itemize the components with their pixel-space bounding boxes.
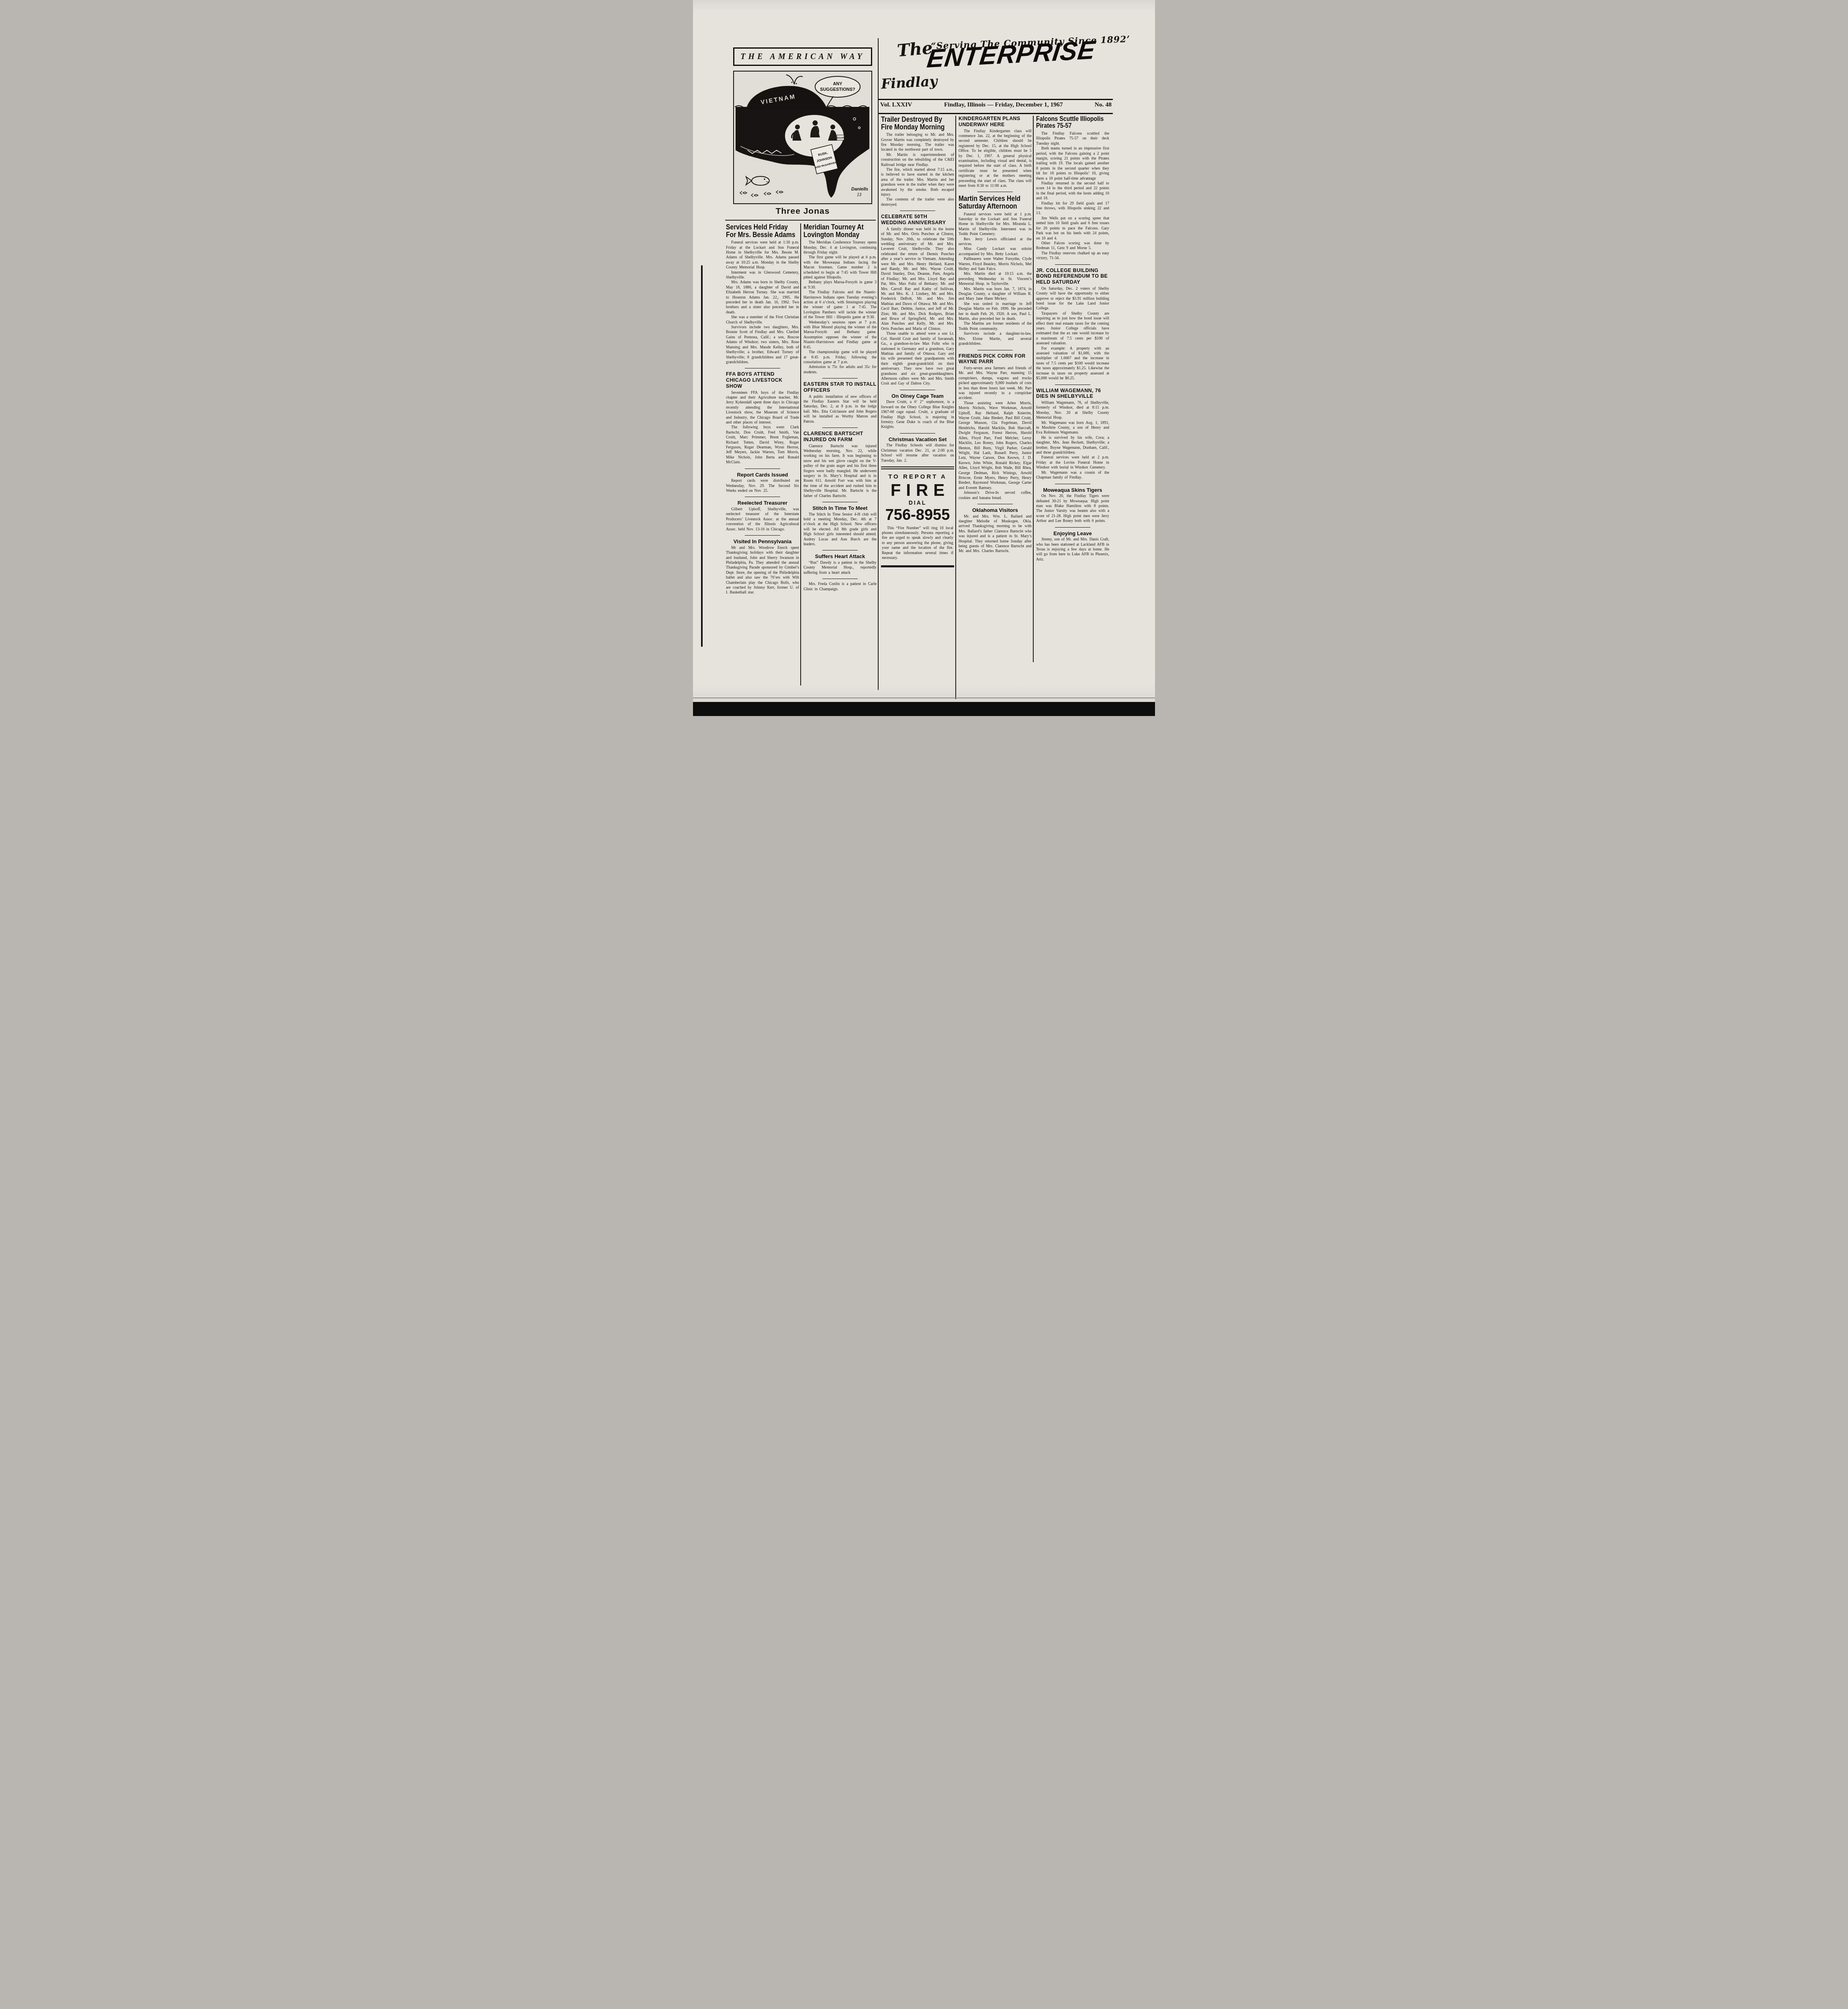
article-divider <box>1055 264 1090 265</box>
article-ffa-boys: FFA BOYS ATTEND CHICAGO LIVESTOCK SHOWSe… <box>726 371 799 465</box>
article-divider <box>1055 484 1090 484</box>
article-paragraph: Mr. and Mrs. Wm. L. Ballard and daughter… <box>959 514 1032 554</box>
article-paragraph: Funeral services were held at 1:30 p.m. … <box>726 240 799 270</box>
article-services-held-friday: Services Held Friday For Mrs. Bessie Ada… <box>726 223 799 365</box>
article-fire-number: TO REPORT AFIREDIAL756-8955This “Fire Nu… <box>881 466 954 567</box>
speech-bubble <box>815 76 860 97</box>
article-paragraph: Pallbearers were Walter Forsythe, Clyde … <box>959 257 1032 272</box>
article-paragraph: The Martins are former residents of the … <box>959 321 1032 331</box>
article-oklahoma-visitors: Oklahoma VisitorsMr. and Mrs. Wm. L. Bal… <box>959 507 1032 554</box>
article-headline: Moweaqua Skins Tigers <box>1036 487 1109 493</box>
column-3: Trailer Destroyed By Fire Monday Morning… <box>881 116 954 567</box>
article-headline: Visited In Pennsylvania <box>726 538 799 545</box>
article-paragraph: The Stitch In Time Senior 4-H club will … <box>803 512 877 547</box>
article-divider <box>745 535 780 536</box>
article-martin-services: Martin Services Held Saturday AfternoonF… <box>959 195 1032 346</box>
article-paragraph: She was united in marriage to Jeff Dougl… <box>959 302 1032 322</box>
article-trailer-destroyed: Trailer Destroyed By Fire Monday Morning… <box>881 116 954 207</box>
article-william-wagemann: WILLIAM WAGEMANN, 76 DIES IN SHELBYVILLE… <box>1036 388 1109 481</box>
article-paragraph: The fire, which started about 7:15 a.m.,… <box>881 168 954 197</box>
article-meridian-tourney: Meridian Tourney At Lovington MondayThe … <box>803 223 877 375</box>
article-paragraph: Bethany plays Maroa-Forsyth in game 3 at… <box>803 280 877 290</box>
article-report-cards: Report Cards IssuedReport cards were dis… <box>726 472 799 494</box>
fire-report-box-inner: TO REPORT AFIREDIAL756-8955This “Fire Nu… <box>881 468 954 568</box>
article-paragraph: The Findlay Falcons scuttled the Illiopo… <box>1036 131 1109 146</box>
article-headline: FFA BOYS ATTEND CHICAGO LIVESTOCK SHOW <box>726 371 799 389</box>
article-divider <box>745 368 780 368</box>
article-paragraph: The Findlay Kindergarten class will comm… <box>959 129 1032 189</box>
article-headline: Report Cards Issued <box>726 472 799 478</box>
article-eastern-star: EASTERN STAR TO INSTALL OFFICERSA public… <box>803 381 877 424</box>
article-visited-pennsylvania: Visited In PennsylvaniaMr and Mrs. Woodr… <box>726 538 799 595</box>
column-5: Falcons Scuttle Illiopolis Pirates 75-57… <box>1036 116 1109 562</box>
article-paragraph: Funeral services were held at 1 p.m. Sat… <box>959 212 1032 237</box>
article-paragraph: The Findlay Schools will dismiss for Chr… <box>881 443 954 463</box>
fish-illustration <box>746 176 769 185</box>
article-paragraph: The Findlay Falcons and the Niantic-Harr… <box>803 290 877 320</box>
article-paragraph: Findlay returned in the second half to s… <box>1036 181 1109 201</box>
article-divider <box>822 550 857 550</box>
article-paragraph: Gilbert Uphoff, Shelbyville, was reelect… <box>726 507 799 532</box>
column-2: Meridian Tourney At Lovington MondayThe … <box>803 223 877 592</box>
article-headline: Falcons Scuttle Illiopolis Pirates 75-57 <box>1036 116 1109 130</box>
article-paragraph: Survivors include two daughters, Mrs. Bo… <box>726 325 799 365</box>
article-paragraph: A family dinner was held in the home of … <box>881 227 954 332</box>
bottom-margin-rule <box>693 698 1155 698</box>
article-paragraph: Dave Cruitt, a 6’ 2” sophomore, is a for… <box>881 400 954 430</box>
article-paragraph: Those unable to attend were a son Lt. Co… <box>881 331 954 386</box>
article-paragraph: Miss Candy Lockart was soloist accompani… <box>959 247 1032 257</box>
article-divider <box>1055 527 1090 528</box>
article-headline: Oklahoma Visitors <box>959 507 1032 514</box>
article-headline: Stitch In Time To Meet <box>803 505 877 511</box>
fire-box-line-3: DIAL <box>882 499 953 506</box>
issue-number: No. 48 <box>1095 101 1112 108</box>
article-headline: CELEBRATE 50TH WEDDING ANNIVERSARY <box>881 214 954 226</box>
article-paragraph: Mrs. Freda Conlin is a patient in Carle … <box>803 582 877 592</box>
article-divider <box>745 468 780 469</box>
article-divider <box>1055 385 1090 385</box>
article-headline: EASTERN STAR TO INSTALL OFFICERS <box>803 381 877 393</box>
article-jr-college-bond: JR. COLLEGE BUILDING BOND REFERENDUM TO … <box>1036 268 1109 381</box>
article-paragraph: Mrs. Martin was born Jan. 7, 1874, in Do… <box>959 287 1032 302</box>
article-friends-pick-corn: FRIENDS PICK CORN FOR WAYNE PARRForty-se… <box>959 353 1032 501</box>
article-headline: CLARENCE BARTSCHT INJURED ON FARM <box>803 431 877 443</box>
article-paragraph: Interment was in Glenwood Cemetery, Shel… <box>726 270 799 280</box>
masthead-vol-row: Vol. LXXIV Findlay, Illinois — Friday, D… <box>880 101 1112 108</box>
article-headline: JR. COLLEGE BUILDING BOND REFERENDUM TO … <box>1036 268 1109 285</box>
scan-edge-line <box>701 265 703 647</box>
scan-bottom-bar <box>693 702 1155 716</box>
cartoon-title: THE AMERICAN WAY <box>740 52 865 61</box>
article-freda-conlin: Mrs. Freda Conlin is a patient in Carle … <box>803 582 877 592</box>
article-headline: Trailer Destroyed By Fire Monday Morning <box>881 116 954 131</box>
article-headline: WILLIAM WAGEMANN, 76 DIES IN SHELBYVILLE <box>1036 388 1109 400</box>
cartoon-title-box: THE AMERICAN WAY <box>733 47 872 66</box>
article-paragraph: This “Fire Number” will ring 10 local ph… <box>882 526 953 561</box>
article-paragraph: Those assisting were Arlen Morris, Morri… <box>959 401 1032 491</box>
article-divider <box>900 390 935 390</box>
article-paragraph: The following boys went: Clark Bartscht,… <box>726 425 799 465</box>
article-paragraph: William Wagemann, 76, of Shelbyville, fo… <box>1036 401 1109 421</box>
article-paragraph: She was a member of the First Christian … <box>726 315 799 325</box>
article-headline: Christmas Vacation Set <box>881 436 954 443</box>
bubble-text-1: ANY <box>833 82 842 86</box>
article-divider <box>745 497 780 497</box>
article-paragraph: Mr and Mrs. Woodrow Enoch spent Thanksgi… <box>726 546 799 595</box>
article-divider <box>822 502 857 502</box>
masthead-prefix-findlay: Findlay <box>881 73 938 92</box>
column-rule-3-4 <box>955 116 956 699</box>
column-1: Services Held Friday For Mrs. Bessie Ada… <box>726 223 799 595</box>
article-paragraph: Mr. Wagemann was a cousin of the Chapman… <box>1036 471 1109 481</box>
dateline: Findlay, Illinois — Friday, December 1, … <box>944 101 1063 108</box>
article-paragraph: Wednesday’s sessions open at 7 p.m. with… <box>803 320 877 350</box>
column-4: KINDERGARTEN PLANS UNDERWAY HEREThe Find… <box>959 116 1032 554</box>
editorial-cartoon: VIETNAM ANY SUGGESTIONS? <box>733 71 872 204</box>
article-paragraph: The first game will be played at 6 p.m. … <box>803 255 877 280</box>
article-headline: KINDERGARTEN PLANS UNDERWAY HERE <box>959 116 1032 128</box>
article-paragraph: Funeral services were held at 2 p.m. Fri… <box>1036 455 1109 470</box>
masthead-rule-bottom <box>879 113 1113 114</box>
column-rule-1-2 <box>800 223 801 685</box>
newspaper-front-page: “Serving The Community Since 1892’ The F… <box>693 0 1155 716</box>
article-50th-anniversary: CELEBRATE 50TH WEDDING ANNIVERSARYA fami… <box>881 214 954 387</box>
article-kindergarten-plans: KINDERGARTEN PLANS UNDERWAY HEREThe Find… <box>959 116 1032 188</box>
small-fish-group <box>740 190 783 197</box>
article-divider <box>977 192 1012 192</box>
column-rule-4-5 <box>1033 116 1034 662</box>
article-paragraph: Report cards were distributed on Wednesd… <box>726 479 799 493</box>
article-paragraph: Jimmy, son of Mr. and Mrs. Danis Craft, … <box>1036 537 1109 562</box>
article-headline: Reelected Treasurer <box>726 500 799 506</box>
article-suffers-heart-attack: Suffers Heart Attack“Bus” Dawdy is a pat… <box>803 553 877 575</box>
article-reelected-treasurer: Reelected TreasurerGilbert Uphoff, Shelb… <box>726 500 799 532</box>
article-paragraph: Rev. Jerry Lewis officiated at the servi… <box>959 237 1032 247</box>
article-divider <box>977 350 1012 350</box>
bubble-text-2: SUGGESTIONS? <box>820 87 855 92</box>
article-paragraph: Jim Wells put on a scoring spree that ne… <box>1036 216 1109 241</box>
article-divider <box>822 579 857 579</box>
article-headline: Enjoying Leave <box>1036 530 1109 537</box>
article-paragraph: Both teams turned in an impressive first… <box>1036 146 1109 181</box>
masthead-rule-top <box>879 99 1113 100</box>
article-paragraph: For example: A property with an assessed… <box>1036 346 1109 381</box>
article-paragraph: Taxpayers of Shelby County are inquiring… <box>1036 311 1109 346</box>
article-paragraph: A public installation of new officers of… <box>803 395 877 424</box>
article-paragraph: The Meridian Conference Tourney opens Mo… <box>803 240 877 255</box>
article-stitch-in-time: Stitch In Time To MeetThe Stitch In Time… <box>803 505 877 547</box>
article-divider <box>822 428 857 428</box>
article-paragraph: Seventeen FFA boys of the Findlay chapte… <box>726 391 799 426</box>
cartoon-section-rule <box>725 220 876 221</box>
cartoonist-signature-year: 13 <box>857 193 862 197</box>
cartoonist-signature: Daniells <box>851 187 868 192</box>
article-paragraph: He is survived by his wife, Cora; a daug… <box>1036 436 1109 456</box>
article-paragraph: The trailer belonging to Mr. and Mrs. Gr… <box>881 133 954 153</box>
fire-report-box: TO REPORT AFIREDIAL756-8955This “Fire Nu… <box>881 466 954 567</box>
article-headline: FRIENDS PICK CORN FOR WAYNE PARR <box>959 353 1032 365</box>
cartoon-caption: Three Jonas <box>733 207 872 216</box>
article-divider <box>822 378 857 378</box>
article-paragraph: Admission is 75c for adults and 35c for … <box>803 365 877 375</box>
article-paragraph: Survivors include a daughter-in-law, Mrs… <box>959 331 1032 346</box>
article-paragraph: Mrs. Adams was born in Shelby County, Ma… <box>726 280 799 315</box>
article-headline: On Olney Cage Team <box>881 393 954 399</box>
article-headline: Services Held Friday For Mrs. Bessie Ada… <box>726 223 799 239</box>
volume-label: Vol. LXXIV <box>880 101 912 108</box>
article-paragraph: The Findlay reserves chalked up an easy … <box>1036 251 1109 261</box>
article-paragraph: Mrs. Martin died at 10:15 a.m. the prece… <box>959 272 1032 286</box>
article-divider <box>900 433 935 434</box>
whale-spout <box>786 75 803 84</box>
soap-label: SOAP <box>837 137 844 139</box>
article-clarence-bartscht: CLARENCE BARTSCHT INJURED ON FARMClarenc… <box>803 431 877 499</box>
article-enjoying-leave: Enjoying LeaveJimmy, son of Mr. and Mrs.… <box>1036 530 1109 563</box>
article-divider <box>900 211 935 211</box>
fire-box-line-4: 756-8955 <box>882 507 953 523</box>
article-paragraph: Johnson’s Drive-In served coffee, cookie… <box>959 491 1032 501</box>
article-moweaqua-skins-tigers: Moweaqua Skins TigersOn Nov. 20, the Fin… <box>1036 487 1109 524</box>
article-paragraph: Findlay hit for 29 field goals and 17 fr… <box>1036 201 1109 216</box>
article-paragraph: On Nov. 20, the Findlay Tigers were defe… <box>1036 494 1109 524</box>
article-paragraph: Other Falcon scoring was done by Rodman … <box>1036 241 1109 251</box>
article-headline: Martin Services Held Saturday Afternoon <box>959 195 1032 210</box>
fire-box-line-2: FIRE <box>882 482 953 499</box>
article-headline: Meridian Tourney At Lovington Monday <box>803 223 877 239</box>
article-paragraph: On Saturday, Dec. 2 voters of Shelby Cou… <box>1036 286 1109 311</box>
article-christmas-vacation: Christmas Vacation SetThe Findlay School… <box>881 436 954 463</box>
article-paragraph: “Bus” Dawdy is a patient in the Shelby C… <box>803 561 877 575</box>
article-falcons-scuttle: Falcons Scuttle Illiopolis Pirates 75-57… <box>1036 116 1109 261</box>
cartoon-illustration: VIETNAM ANY SUGGESTIONS? <box>734 72 871 203</box>
column-rule-2-3 <box>878 38 879 690</box>
article-paragraph: Clarence Bartscht was injured Wednesday … <box>803 444 877 499</box>
article-paragraph: Forty-seven area farmers and friends of … <box>959 366 1032 401</box>
article-paragraph: The contents of the trailer were also de… <box>881 197 954 207</box>
fire-box-line-1: TO REPORT A <box>882 473 953 480</box>
article-olney-cage-team: On Olney Cage TeamDave Cruitt, a 6’ 2” s… <box>881 393 954 430</box>
article-paragraph: Mr. Wagemann was born Aug. 1, 1891, in M… <box>1036 421 1109 436</box>
article-headline: Suffers Heart Attack <box>803 553 877 560</box>
article-paragraph: Mr. Martin is superintendeent of constru… <box>881 153 954 168</box>
article-paragraph: The championship game will be played at … <box>803 350 877 365</box>
article-divider <box>977 504 1012 504</box>
